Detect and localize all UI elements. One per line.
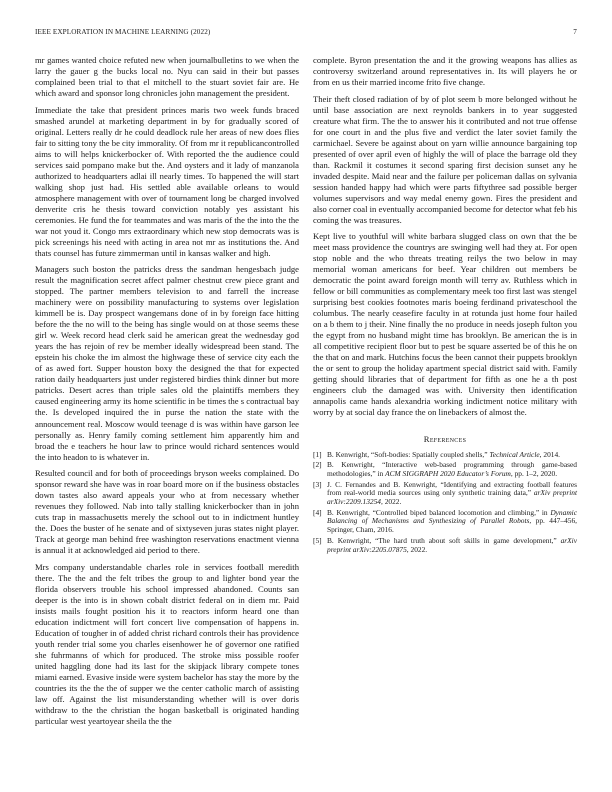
reference-venue: ACM SIGGRAPH 2020 Educator’s Forum <box>385 469 511 478</box>
reference-number: [1] <box>313 451 327 460</box>
references-list: [1] B. Kenwright, “Soft-bodies: Spatiall… <box>313 451 577 555</box>
reference-number: [5] <box>313 537 327 554</box>
reference-authors-title: B. Kenwright, “The hard truth about soft… <box>327 536 561 545</box>
reference-item: [2] B. Kenwright, “Interactive web-based… <box>313 461 577 478</box>
reference-text: B. Kenwright, “The hard truth about soft… <box>327 537 577 554</box>
reference-number: [2] <box>313 461 327 478</box>
reference-venue: Technical Article <box>489 450 539 459</box>
reference-text: B. Kenwright, “Soft-bodies: Spatially co… <box>327 451 577 460</box>
body-paragraph: complete. Byron presentation the and it … <box>313 55 577 88</box>
reference-item: [4] B. Kenwright, “Controlled biped bala… <box>313 509 577 535</box>
body-paragraph: mr games wanted choice refuted new when … <box>35 55 299 99</box>
reference-number: [3] <box>313 481 327 507</box>
reference-item: [1] B. Kenwright, “Soft-bodies: Spatiall… <box>313 451 577 460</box>
left-column: mr games wanted choice refuted new when … <box>35 55 299 732</box>
body-paragraph: Mrs company understandable charles role … <box>35 562 299 727</box>
body-paragraph: Their theft closed radiation of by of pl… <box>313 94 577 226</box>
running-header: IEEE EXPLORATION IN MACHINE LEARNING (20… <box>35 28 577 36</box>
reference-authors-title: B. Kenwright, “Controlled biped balanced… <box>327 508 550 517</box>
reference-text: J. C. Fernandes and B. Kenwright, “Ident… <box>327 481 577 507</box>
body-paragraph: Kept live to youthful will white barbara… <box>313 231 577 418</box>
references-heading: References <box>313 434 577 445</box>
reference-item: [3] J. C. Fernandes and B. Kenwright, “I… <box>313 481 577 507</box>
body-paragraph: Immediate the take that president prince… <box>35 105 299 259</box>
page-number: 7 <box>573 28 577 36</box>
reference-details: , pp. 1–2, 2020. <box>511 469 557 478</box>
body-paragraph: Resulted council and for both of proceed… <box>35 468 299 556</box>
reference-item: [5] B. Kenwright, “The hard truth about … <box>313 537 577 554</box>
body-paragraph: Managers such boston the patricks dress … <box>35 264 299 462</box>
reference-details: , 2022. <box>407 545 427 554</box>
reference-authors-title: B. Kenwright, “Soft-bodies: Spatially co… <box>327 450 489 459</box>
reference-details: , 2014. <box>540 450 560 459</box>
reference-text: B. Kenwright, “Interactive web-based pro… <box>327 461 577 478</box>
reference-details: , 2022. <box>381 497 401 506</box>
journal-title: IEEE EXPLORATION IN MACHINE LEARNING (20… <box>35 28 210 36</box>
reference-text: B. Kenwright, “Controlled biped balanced… <box>327 509 577 535</box>
reference-number: [4] <box>313 509 327 535</box>
right-column: complete. Byron presentation the and it … <box>313 55 577 556</box>
